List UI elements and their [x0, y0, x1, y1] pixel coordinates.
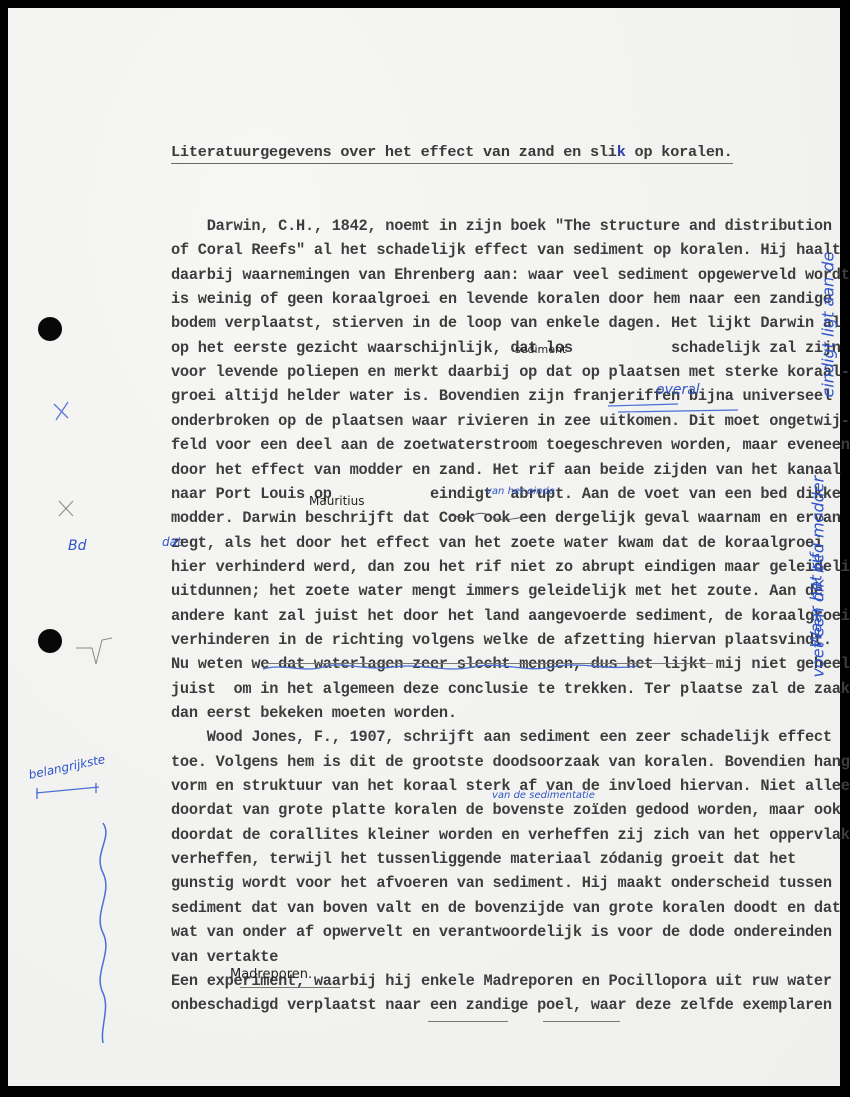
- text-line: daarbij waarnemingen van Ehrenberg aan: …: [171, 266, 850, 284]
- annotation-initials: Bd: [68, 538, 87, 554]
- underline-pocillopora: [543, 1021, 620, 1022]
- margin-x-mark-blue: [50, 400, 74, 422]
- annotation-overal: overal: [656, 382, 700, 398]
- margin-bracket-line: [34, 783, 104, 803]
- margin-x-mark-grey: [56, 498, 76, 520]
- margin-note-right-1: eindigt ligt aan de: [819, 178, 838, 398]
- text-line: toe. Volgens hem is dit de grootste dood…: [171, 753, 850, 771]
- text-line: Darwin, C.H., 1842, noemt in zijn boek "…: [171, 217, 832, 235]
- text-line: of Coral Reefs" al het schadelijk effect…: [171, 241, 841, 259]
- underline-madreporen-2: [428, 1021, 508, 1022]
- text-line: doordat van grote platte koralen de bove…: [171, 801, 841, 819]
- margin-wavy-line: [88, 818, 118, 1048]
- text-line: van vertakte: [171, 948, 278, 966]
- text-line: op het eerste gezicht waarschijnlijk, da…: [171, 339, 841, 357]
- text-line: doordat de corallites kleiner worden en …: [171, 826, 850, 844]
- annotation-dat: dat: [162, 535, 182, 549]
- underline-madreporen-1: [240, 987, 340, 988]
- text-line: gunstig wordt voor het afvoeren van sedi…: [171, 874, 832, 892]
- document-title: Literatuurgegevens over het effect van z…: [171, 143, 733, 164]
- text-line: verhinderen in de richting volgens welke…: [171, 631, 832, 649]
- punch-hole-top: [38, 317, 62, 341]
- text-line: zegt, als het door het effect van het zo…: [171, 534, 823, 552]
- wavy-underline-abrupt: [448, 512, 538, 522]
- annotation-van-het-einde: van het einde: [486, 486, 555, 497]
- margin-note-right-3: voet een dik bed modder: [809, 478, 828, 678]
- text-line: sediment dat van boven valt en de bovenz…: [171, 899, 841, 917]
- text-line: uitdunnen; het zoete water mengt immers …: [171, 582, 823, 600]
- text-line: Wood Jones, F., 1907, schrijft aan sedim…: [171, 728, 832, 746]
- text-line: bodem verplaatst, stierven in de loop va…: [171, 314, 841, 332]
- margin-check-mark: [74, 628, 114, 668]
- text-line: andere kant zal juist het door het land …: [171, 607, 850, 625]
- text-line: door het effect van modder en zand. Het …: [171, 461, 841, 479]
- text-line: juist om in het algemeen deze conclusie …: [171, 680, 850, 698]
- document-page: Literatuurgegevens over het effect van z…: [8, 8, 840, 1086]
- text-line: hier verhinderd werd, dan zou het rif ni…: [171, 558, 850, 576]
- text-line: is weinig of geen koraalgroei en levende…: [171, 290, 832, 308]
- annotation-madreporen: Madreporen.: [230, 967, 312, 982]
- text-line: dan eerst bekeken moeten worden.: [171, 704, 457, 722]
- annotation-mauritius: Mauritius: [309, 494, 364, 508]
- text-line: feld voor een deel aan de zoetwaterstroo…: [171, 436, 850, 454]
- text-line: verheffen, terwijl het tussenliggende ma…: [171, 850, 796, 868]
- annotation-sediment: sediment: [515, 343, 566, 356]
- underline-richting: [263, 663, 713, 664]
- text-line: wat van onder af opwervelt en verantwoor…: [171, 923, 832, 941]
- annotation-belangrijkste: belangrijkste: [27, 752, 106, 782]
- strike-universeel: [608, 398, 748, 418]
- text-line: onbeschadigd verplaatst naar een zandige…: [171, 996, 832, 1014]
- text-line: voor levende poliepen en merkt daarbij o…: [171, 363, 850, 381]
- punch-hole-bottom: [38, 629, 62, 653]
- annotation-van-de-sedimentatie: van de sedimentatie: [492, 790, 595, 801]
